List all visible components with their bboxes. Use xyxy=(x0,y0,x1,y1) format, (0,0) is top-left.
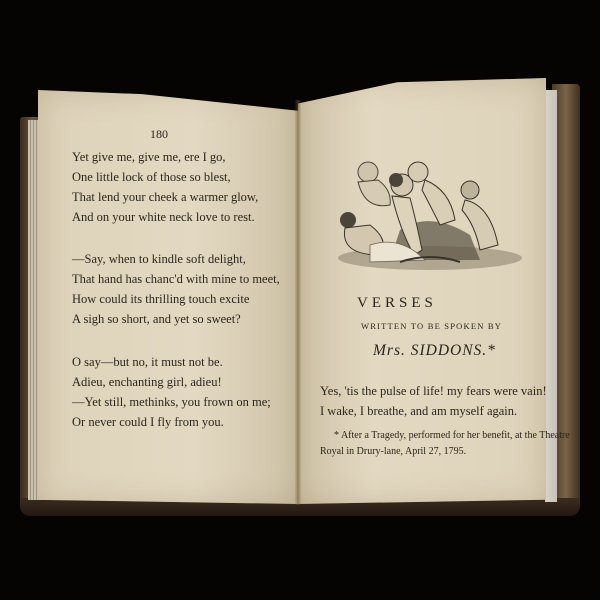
book-photo: 180 Yet give me, give me, ere I go, One … xyxy=(0,0,600,600)
author-name: Mrs. SIDDONS.* xyxy=(373,343,496,359)
cherubs-engraving-icon xyxy=(330,150,530,275)
footnote-line: * After a Tragedy, performed for her ben… xyxy=(334,431,570,441)
footnote-line: Royal in Drury-lane, April 27, 1795. xyxy=(320,447,466,457)
verse-line: I wake, I breathe, and am myself again. xyxy=(320,405,517,418)
poem-line: Yet give me, give me, ere I go, xyxy=(72,151,226,164)
poem-line: Or never could I fly from you. xyxy=(72,416,224,429)
poem-line: O say—but no, it must not be. xyxy=(72,356,223,369)
section-title: VERSES xyxy=(357,296,437,311)
poem-line: —Yet still, methinks, you frown on me; xyxy=(72,396,271,409)
page-number: 180 xyxy=(150,128,168,140)
poem-line: How could its thrilling touch excite xyxy=(72,293,249,306)
poem-line: One little lock of those so blest, xyxy=(72,171,231,184)
poem-line: That lend your cheek a warmer glow, xyxy=(72,191,258,204)
verse-line: Yes, 'tis the pulse of life! my fears we… xyxy=(320,385,547,398)
poem-line: And on your white neck love to rest. xyxy=(72,211,255,224)
poem-line: A sigh so short, and yet so sweet? xyxy=(72,313,241,326)
section-subtitle: Written to be spoken by xyxy=(361,322,502,331)
book-gutter xyxy=(295,100,301,505)
poem-line: That hand has chanc'd with mine to meet, xyxy=(72,273,280,286)
poem-line: Adieu, enchanting girl, adieu! xyxy=(72,376,222,389)
poem-line: —Say, when to kindle soft delight, xyxy=(72,253,246,266)
